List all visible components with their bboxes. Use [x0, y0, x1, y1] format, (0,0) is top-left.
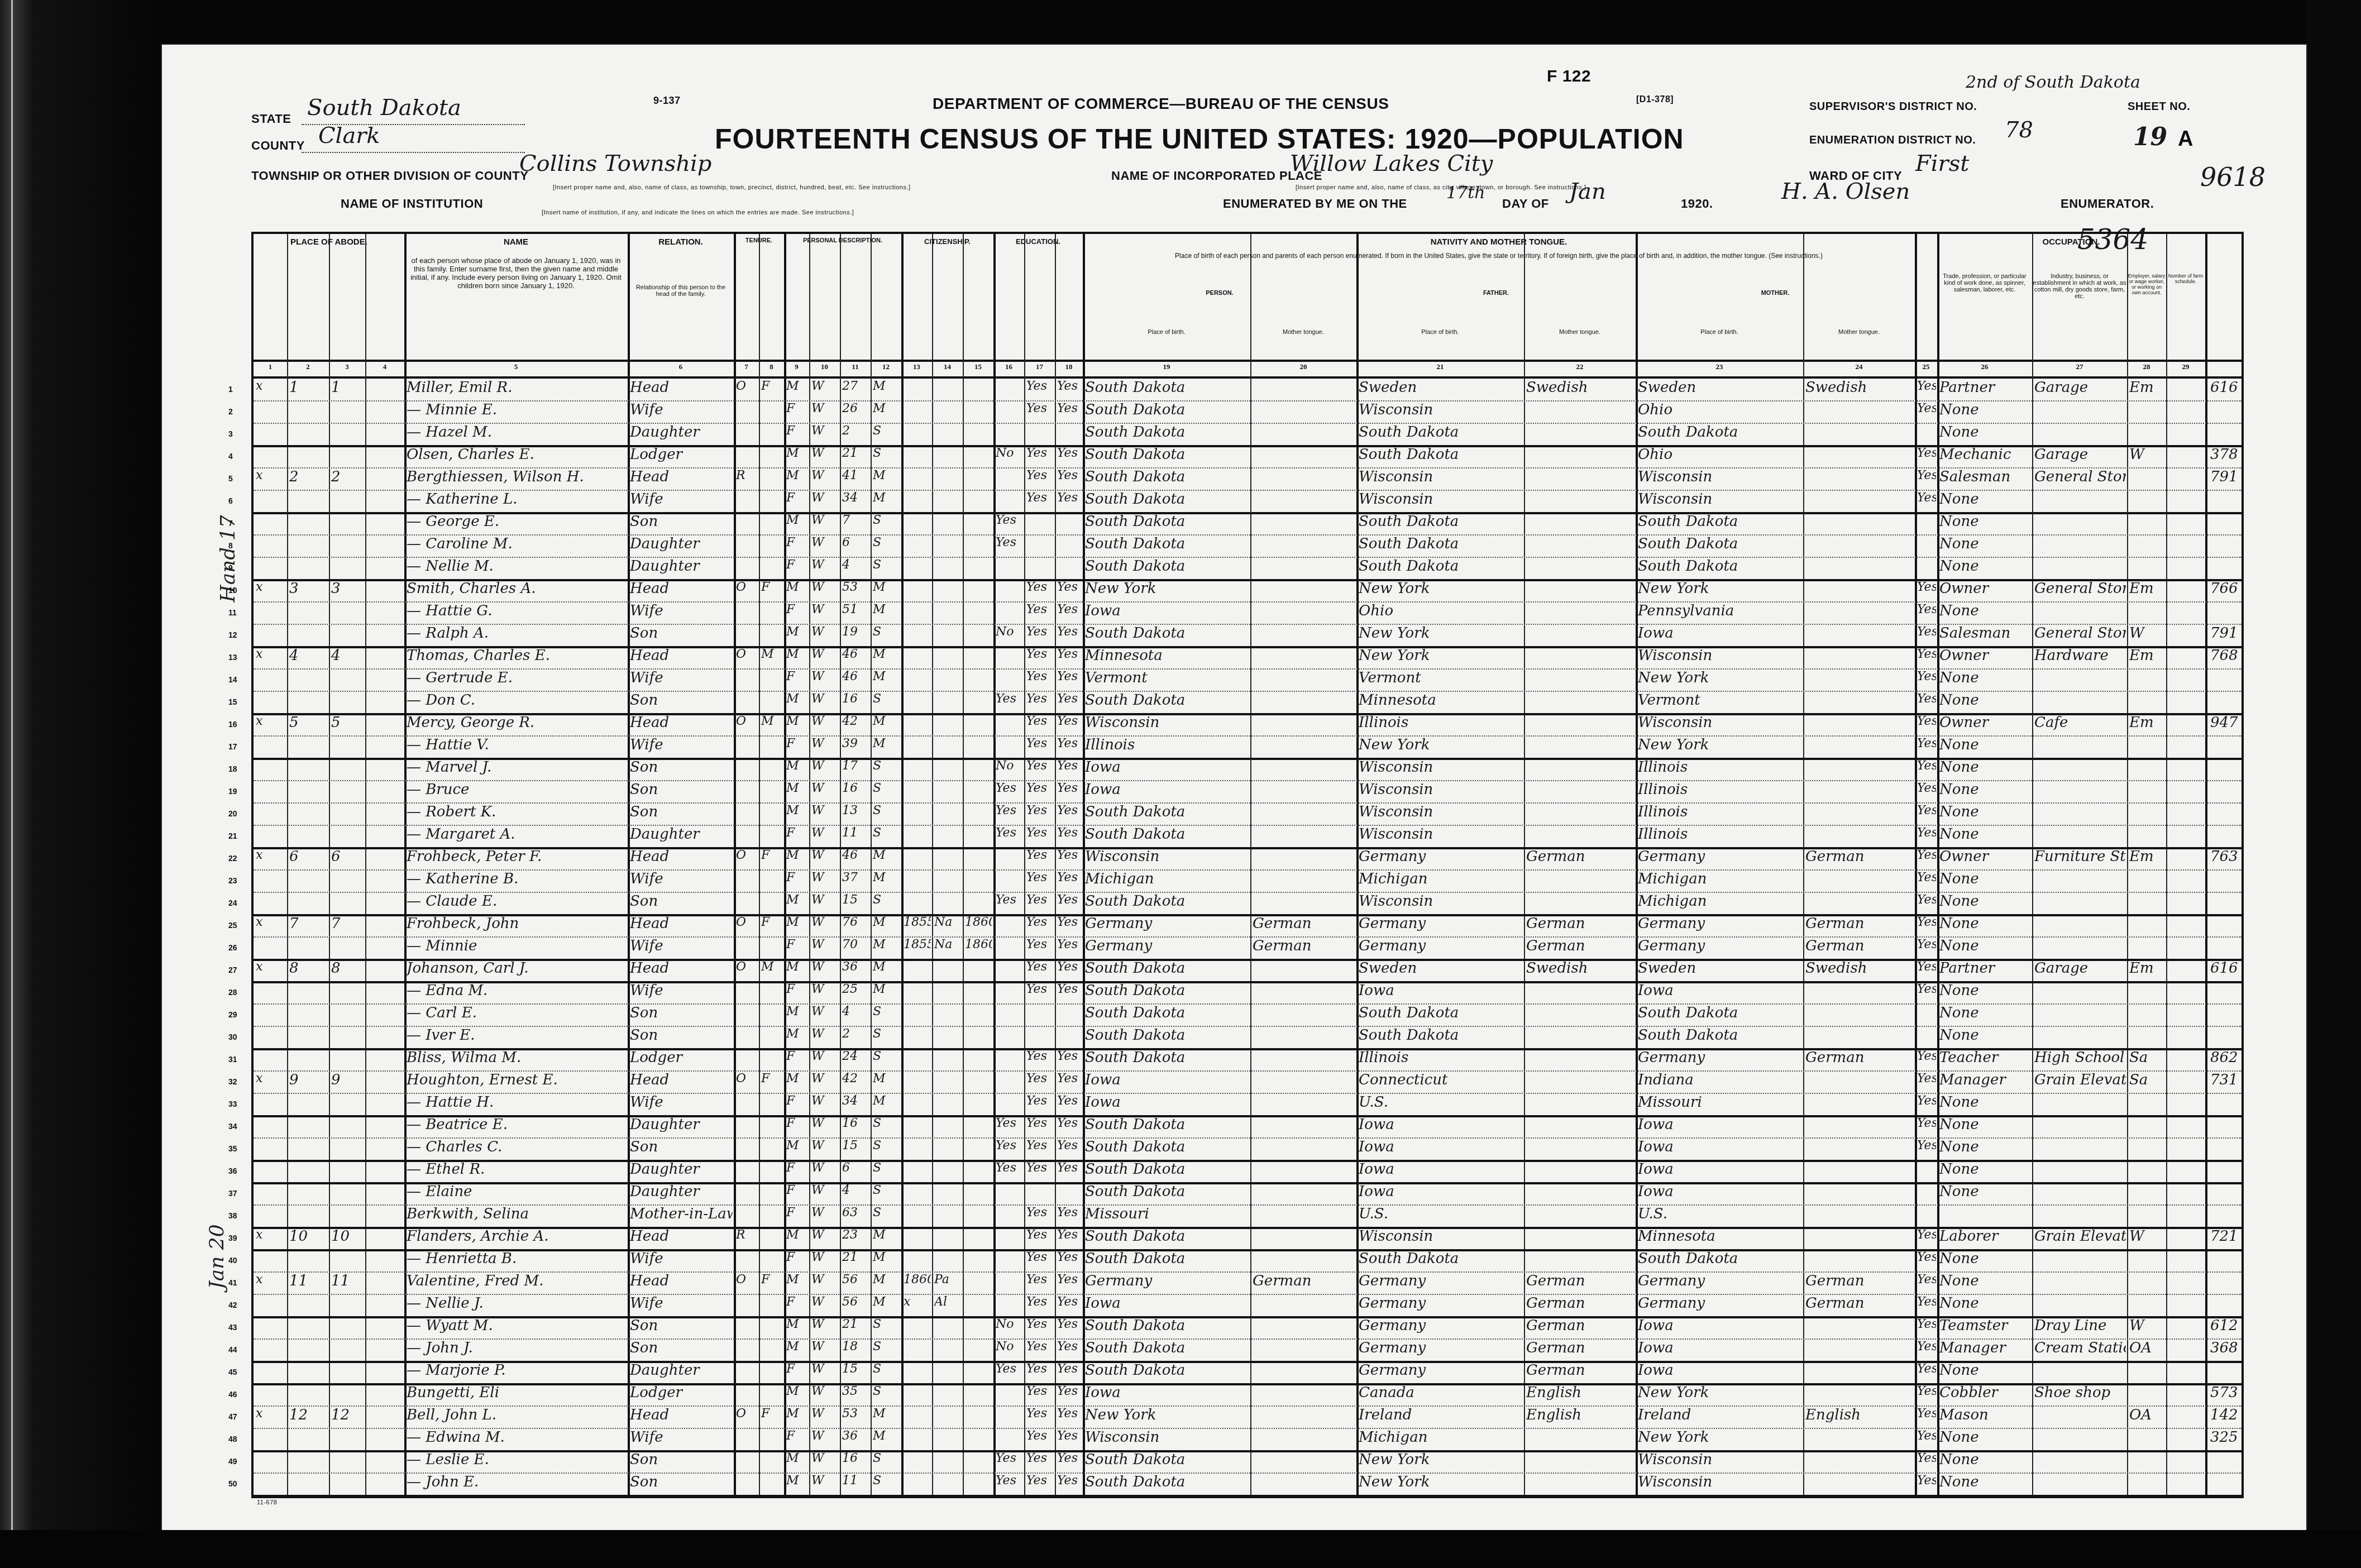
cell-mpob: Iowa: [1638, 1183, 1802, 1203]
cell-marital: M: [873, 714, 900, 734]
cell-relation: Wife: [630, 401, 733, 422]
cell-house: [289, 1340, 328, 1360]
cell-fpob: South Dakota: [1359, 1005, 1523, 1025]
cell-imm: [904, 670, 931, 690]
cell-write: [1057, 513, 1082, 533]
cell-street: [256, 826, 286, 846]
sub-mother: MOTHER.: [1636, 290, 1915, 297]
cell-fmt: [1526, 491, 1634, 511]
cell-code: [2210, 1027, 2257, 1047]
cell-marital: M: [873, 1407, 900, 1427]
table-row: 49— Leslie E.SonMW16SYesYesYesSouth Dako…: [254, 1450, 2241, 1474]
cell-street: [256, 1094, 286, 1114]
line-number: 29: [228, 1010, 237, 1019]
cell-name: Flanders, Archie A.: [407, 1228, 627, 1248]
cell-name: — Iver E.: [407, 1027, 627, 1047]
cell-mt: [1253, 692, 1355, 712]
cell-name: Valentine, Fred M.: [407, 1273, 627, 1293]
cell-mortgage: [761, 558, 783, 578]
cell-age: 36: [842, 1429, 869, 1449]
cell-code: [2210, 1161, 2257, 1181]
cell-race: W: [811, 1362, 839, 1382]
cell-school: Yes: [996, 1161, 1023, 1181]
census-sheet: STATE South Dakota COUNTY Clark TOWNSHIP…: [162, 45, 2306, 1530]
cell-industry: Furniture Store: [2034, 848, 2126, 868]
cell-emp: OA: [2129, 1407, 2165, 1427]
table-row: 26— MinnieWifeFW70M1855Na1860YesYesGerma…: [254, 936, 2241, 961]
cell-house: [289, 1317, 328, 1337]
cell-sex: M: [786, 1451, 808, 1471]
cell-mpob: Michigan: [1638, 893, 1802, 913]
cell-mmt: [1805, 469, 1914, 489]
census-year: 1920.: [1681, 197, 1713, 211]
line-number: 32: [228, 1077, 237, 1086]
cell-age: 4: [842, 1005, 869, 1025]
cell-imm: [904, 1116, 931, 1136]
cell-farm: [2168, 915, 2204, 935]
line-number: 38: [228, 1211, 237, 1220]
line-number: 50: [228, 1479, 237, 1488]
line-number: 4: [228, 452, 233, 461]
cell-fmt: [1526, 647, 1634, 667]
cell-write: Yes: [1057, 647, 1082, 667]
cell-farm: [2168, 1206, 2204, 1226]
cell-industry: [2034, 1295, 2126, 1315]
cell-farm: [2168, 469, 2204, 489]
line-number: 22: [228, 854, 237, 863]
cell-sex: M: [786, 1139, 808, 1159]
cell-mpob: South Dakota: [1638, 558, 1802, 578]
cell-industry: [2034, 1161, 2126, 1181]
line-number: 7: [228, 519, 233, 528]
cell-mpob: Indiana: [1638, 1072, 1802, 1092]
cell-english: [1917, 1027, 1936, 1047]
cell-mortgage: [761, 1362, 783, 1382]
cell-name: Frohbeck, Peter F.: [407, 848, 627, 868]
cell-age: 70: [842, 938, 869, 958]
cell-marital: S: [873, 1027, 900, 1047]
cell-read: Yes: [1026, 580, 1054, 600]
cell-emp: W: [2129, 1317, 2165, 1337]
cell-trade: None: [1939, 424, 2031, 444]
cell-house: [289, 1250, 328, 1270]
cell-read: Yes: [1026, 1295, 1054, 1315]
cell-school: Yes: [996, 513, 1023, 533]
line-number: 9: [228, 563, 233, 572]
cell-sex: M: [786, 580, 808, 600]
cell-farm: [2168, 692, 2204, 712]
cell-read: [1026, 558, 1054, 578]
cell-trade: Owner: [1939, 714, 2031, 734]
cell-emp: [2129, 469, 2165, 489]
cell-sex: F: [786, 1049, 808, 1069]
cell-code: [2210, 781, 2257, 801]
line-number: 8: [228, 541, 233, 550]
cell-mmt: German: [1805, 1295, 1914, 1315]
cell-relation: Son: [630, 692, 733, 712]
cell-fpob: Wisconsin: [1359, 804, 1523, 824]
table-row: 39x1010Flanders, Archie A.HeadRMW23MYesY…: [254, 1227, 2241, 1251]
cell-write: Yes: [1057, 1384, 1082, 1404]
cell-nat: [934, 871, 962, 891]
cell-pob: South Dakota: [1085, 558, 1249, 578]
cell-mmt: [1805, 513, 1914, 533]
cell-english: Yes: [1917, 692, 1936, 712]
cell-relation: Son: [630, 893, 733, 913]
cell-mt: [1253, 1317, 1355, 1337]
cell-street: x: [256, 1228, 286, 1248]
cell-emp: [2129, 915, 2165, 935]
cell-code: 573: [2210, 1384, 2257, 1404]
sub-father-pob: Place of birth.: [1356, 329, 1524, 336]
census-table: PLACE OF ABODE. NAME RELATION. TENURE. P…: [251, 232, 2244, 1498]
cell-family: [331, 1161, 364, 1181]
cell-write: Yes: [1057, 737, 1082, 757]
cell-mortgage: [761, 1474, 783, 1494]
cell-fmt: [1526, 580, 1634, 600]
cell-emp: [2129, 1250, 2165, 1270]
cell-house: [289, 625, 328, 645]
cell-sex: M: [786, 647, 808, 667]
cell-english: Yes: [1917, 781, 1936, 801]
cell-street: [256, 1384, 286, 1404]
cell-house: [289, 982, 328, 1002]
cell-read: Yes: [1026, 1072, 1054, 1092]
cell-school: [996, 1384, 1023, 1404]
cell-imm: [904, 446, 931, 466]
table-row: 34— Beatrice E.DaughterFW16SYesYesYesSou…: [254, 1115, 2241, 1139]
cell-read: Yes: [1026, 670, 1054, 690]
cell-age: 15: [842, 1362, 869, 1382]
cell-industry: [2034, 1005, 2126, 1025]
cell-race: W: [811, 960, 839, 980]
cell-home: O: [736, 1072, 758, 1092]
cell-mmt: [1805, 1116, 1914, 1136]
cell-industry: Grain Elevator: [2034, 1228, 2126, 1248]
cell-mpob: Illinois: [1638, 781, 1802, 801]
cell-home: [736, 1005, 758, 1025]
cell-trade: None: [1939, 1451, 2031, 1471]
cell-pob: Germany: [1085, 938, 1249, 958]
cell-mortgage: [761, 692, 783, 712]
cell-imm: [904, 603, 931, 623]
cell-natyr: [965, 1429, 992, 1449]
cell-code: [2210, 1295, 2257, 1315]
cell-home: [736, 536, 758, 556]
cell-mortgage: [761, 1317, 783, 1337]
cell-industry: Hardware: [2034, 647, 2126, 667]
cell-race: W: [811, 1474, 839, 1494]
cell-house: 7: [289, 915, 328, 935]
cell-family: [331, 1139, 364, 1159]
cell-write: Yes: [1057, 491, 1082, 511]
cell-school: [996, 1206, 1023, 1226]
cell-fmt: [1526, 446, 1634, 466]
cell-street: [256, 893, 286, 913]
cell-nat: [934, 379, 962, 399]
cell-mortgage: [761, 603, 783, 623]
cell-mmt: [1805, 714, 1914, 734]
cell-fpob: U.S.: [1359, 1206, 1523, 1226]
cell-age: 16: [842, 1116, 869, 1136]
cell-race: W: [811, 871, 839, 891]
cell-fpob: South Dakota: [1359, 536, 1523, 556]
cell-home: R: [736, 1228, 758, 1248]
cell-mt: [1253, 1384, 1355, 1404]
table-row: 46Bungetti, EliLodgerMW35SYesYesIowaCana…: [254, 1383, 2241, 1407]
cell-read: Yes: [1026, 1228, 1054, 1248]
cell-fmt: [1526, 558, 1634, 578]
supervisor-label: SUPERVISOR'S DISTRICT NO.: [1809, 101, 1977, 113]
cell-home: [736, 1116, 758, 1136]
cell-read: Yes: [1026, 1474, 1054, 1494]
cell-street: [256, 1005, 286, 1025]
cell-pob: Germany: [1085, 1273, 1249, 1293]
cell-school: [996, 737, 1023, 757]
cell-mt: [1253, 1049, 1355, 1069]
cell-mortgage: [761, 1250, 783, 1270]
cell-marital: S: [873, 1161, 900, 1181]
cell-industry: [2034, 424, 2126, 444]
cell-sex: M: [786, 759, 808, 779]
cell-mmt: [1805, 670, 1914, 690]
cell-family: 4: [331, 647, 364, 667]
cell-race: W: [811, 1139, 839, 1159]
cell-relation: Daughter: [630, 536, 733, 556]
cell-home: O: [736, 647, 758, 667]
incorporated-note: [Insert proper name and, also, name of c…: [1296, 184, 1586, 191]
cell-house: 10: [289, 1228, 328, 1248]
cell-industry: [2034, 871, 2126, 891]
group-citizenship: CITIZENSHIP.: [901, 237, 993, 246]
cell-race: W: [811, 781, 839, 801]
cell-fpob: Germany: [1359, 915, 1523, 935]
cell-mpob: Ohio: [1638, 401, 1802, 422]
cell-marital: M: [873, 982, 900, 1002]
cell-trade: Owner: [1939, 580, 2031, 600]
cell-pob: Iowa: [1085, 781, 1249, 801]
cell-write: Yes: [1057, 1049, 1082, 1069]
cell-sex: M: [786, 692, 808, 712]
cell-fpob: New York: [1359, 647, 1523, 667]
cell-street: [256, 1340, 286, 1360]
cell-english: Yes: [1917, 491, 1936, 511]
cell-race: W: [811, 1161, 839, 1181]
cell-read: Yes: [1026, 1049, 1054, 1069]
cell-marital: M: [873, 1295, 900, 1315]
cell-nat: [934, 647, 962, 667]
cell-mmt: [1805, 625, 1914, 645]
line-number: 6: [228, 496, 233, 505]
line-number: 20: [228, 809, 237, 818]
cell-relation: Mother-in-Law: [630, 1206, 733, 1226]
cell-family: [331, 1451, 364, 1471]
cell-imm: [904, 379, 931, 399]
cell-fmt: [1526, 826, 1634, 846]
cell-industry: [2034, 1407, 2126, 1427]
cell-sex: M: [786, 781, 808, 801]
cell-imm: [904, 804, 931, 824]
cell-marital: M: [873, 1429, 900, 1449]
table-row: 33— Hattie H.WifeFW34MYesYesIowaU.S.Miss…: [254, 1093, 2241, 1117]
cell-imm: [904, 647, 931, 667]
cell-sex: F: [786, 491, 808, 511]
cell-fpob: New York: [1359, 580, 1523, 600]
cell-home: O: [736, 915, 758, 935]
cell-school: [996, 871, 1023, 891]
cell-fmt: [1526, 1139, 1634, 1159]
cell-mmt: [1805, 1005, 1914, 1025]
cell-school: Yes: [996, 536, 1023, 556]
cell-name: — Claude E.: [407, 893, 627, 913]
line-number: 45: [228, 1368, 237, 1376]
cell-fpob: Iowa: [1359, 982, 1523, 1002]
cell-fmt: [1526, 603, 1634, 623]
cell-english: Yes: [1917, 670, 1936, 690]
cell-emp: [2129, 1451, 2165, 1471]
cell-industry: Dray Line: [2034, 1317, 2126, 1337]
cell-natyr: [965, 401, 992, 422]
cell-trade: Partner: [1939, 960, 2031, 980]
line-number: 31: [228, 1055, 237, 1064]
cell-natyr: [965, 1273, 992, 1293]
cell-english: Yes: [1917, 1139, 1936, 1159]
cell-natyr: [965, 536, 992, 556]
cell-imm: [904, 536, 931, 556]
cell-fpob: U.S.: [1359, 1094, 1523, 1114]
cell-read: [1026, 1183, 1054, 1203]
cell-name: — Katherine L.: [407, 491, 627, 511]
cell-trade: None: [1939, 893, 2031, 913]
cell-school: No: [996, 625, 1023, 645]
cell-trade: None: [1939, 692, 2031, 712]
cell-family: [331, 1474, 364, 1494]
cell-trade: Mechanic: [1939, 446, 2031, 466]
cell-emp: [2129, 1161, 2165, 1181]
cell-write: Yes: [1057, 1451, 1082, 1471]
cell-write: Yes: [1057, 469, 1082, 489]
cell-write: Yes: [1057, 1474, 1082, 1494]
cell-house: 11: [289, 1273, 328, 1293]
cell-pob: South Dakota: [1085, 491, 1249, 511]
cell-industry: [2034, 536, 2126, 556]
table-row: 15— Don C.SonMW16SYesYesYesSouth DakotaM…: [254, 691, 2241, 715]
cell-code: 325: [2210, 1429, 2257, 1449]
cell-industry: [2034, 670, 2126, 690]
cell-mmt: [1805, 647, 1914, 667]
cell-farm: [2168, 1407, 2204, 1427]
cell-race: W: [811, 692, 839, 712]
cell-fmt: [1526, 1250, 1634, 1270]
table-row: 2— Minnie E.WifeFW26MYesYesSouth DakotaW…: [254, 400, 2241, 424]
cell-industry: [2034, 915, 2126, 935]
cell-house: [289, 1183, 328, 1203]
cell-natyr: [965, 424, 992, 444]
cell-relation: Head: [630, 915, 733, 935]
cell-home: R: [736, 469, 758, 489]
cell-relation: Daughter: [630, 826, 733, 846]
cell-name: — Ralph A.: [407, 625, 627, 645]
cell-home: [736, 1384, 758, 1404]
cell-home: [736, 982, 758, 1002]
cell-street: [256, 424, 286, 444]
table-row: 28— Edna M.WifeFW25MYesYesSouth DakotaIo…: [254, 981, 2241, 1005]
cell-race: W: [811, 759, 839, 779]
cell-family: [331, 759, 364, 779]
cell-fmt: [1526, 625, 1634, 645]
cell-mt: German: [1253, 938, 1355, 958]
cell-code: [2210, 558, 2257, 578]
cell-mortgage: [761, 804, 783, 824]
cell-mpob: Iowa: [1638, 1362, 1802, 1382]
cell-street: x: [256, 1273, 286, 1293]
cell-race: W: [811, 536, 839, 556]
cell-fpob: Germany: [1359, 1340, 1523, 1360]
cell-name: — Edna M.: [407, 982, 627, 1002]
cell-name: — Minnie: [407, 938, 627, 958]
cell-emp: W: [2129, 625, 2165, 645]
cell-marital: S: [873, 826, 900, 846]
cell-family: [331, 781, 364, 801]
cell-industry: [2034, 1206, 2126, 1226]
cell-fpob: Germany: [1359, 1295, 1523, 1315]
cell-sex: F: [786, 1206, 808, 1226]
cell-home: O: [736, 714, 758, 734]
cell-mmt: [1805, 1027, 1914, 1047]
cell-school: Yes: [996, 826, 1023, 846]
cell-race: W: [811, 1429, 839, 1449]
table-row: 32x99Houghton, Ernest E.HeadOFMW42MYesYe…: [254, 1070, 2241, 1094]
cell-pob: South Dakota: [1085, 1049, 1249, 1069]
cell-race: W: [811, 513, 839, 533]
line-number: 30: [228, 1032, 237, 1041]
cell-emp: [2129, 759, 2165, 779]
cell-english: Yes: [1917, 1072, 1936, 1092]
cell-mortgage: F: [761, 1407, 783, 1427]
cell-trade: None: [1939, 558, 2031, 578]
cell-write: Yes: [1057, 580, 1082, 600]
cell-marital: M: [873, 401, 900, 422]
cell-code: [2210, 1005, 2257, 1025]
table-row: 13x44Thomas, Charles E.HeadOMMW46MYesYes…: [254, 646, 2241, 670]
cell-farm: [2168, 982, 2204, 1002]
cell-pob: Minnesota: [1085, 647, 1249, 667]
cell-house: 8: [289, 960, 328, 980]
cell-read: Yes: [1026, 692, 1054, 712]
cell-pob: Illinois: [1085, 737, 1249, 757]
cell-age: 35: [842, 1384, 869, 1404]
cell-mt: [1253, 1139, 1355, 1159]
cell-marital: M: [873, 871, 900, 891]
line-number: 2: [228, 407, 233, 416]
cell-pob: South Dakota: [1085, 424, 1249, 444]
cell-english: Yes: [1917, 982, 1936, 1002]
cell-mmt: [1805, 536, 1914, 556]
cell-pob: South Dakota: [1085, 1340, 1249, 1360]
cell-english: Yes: [1917, 759, 1936, 779]
cell-fmt: [1526, 536, 1634, 556]
cell-mt: [1253, 580, 1355, 600]
cell-emp: [2129, 1295, 2165, 1315]
cell-street: [256, 759, 286, 779]
cell-code: [2210, 603, 2257, 623]
cell-house: [289, 871, 328, 891]
cell-farm: [2168, 848, 2204, 868]
cell-emp: [2129, 804, 2165, 824]
cell-fmt: German: [1526, 848, 1634, 868]
cell-name: Thomas, Charles E.: [407, 647, 627, 667]
cell-write: Yes: [1057, 1161, 1082, 1181]
